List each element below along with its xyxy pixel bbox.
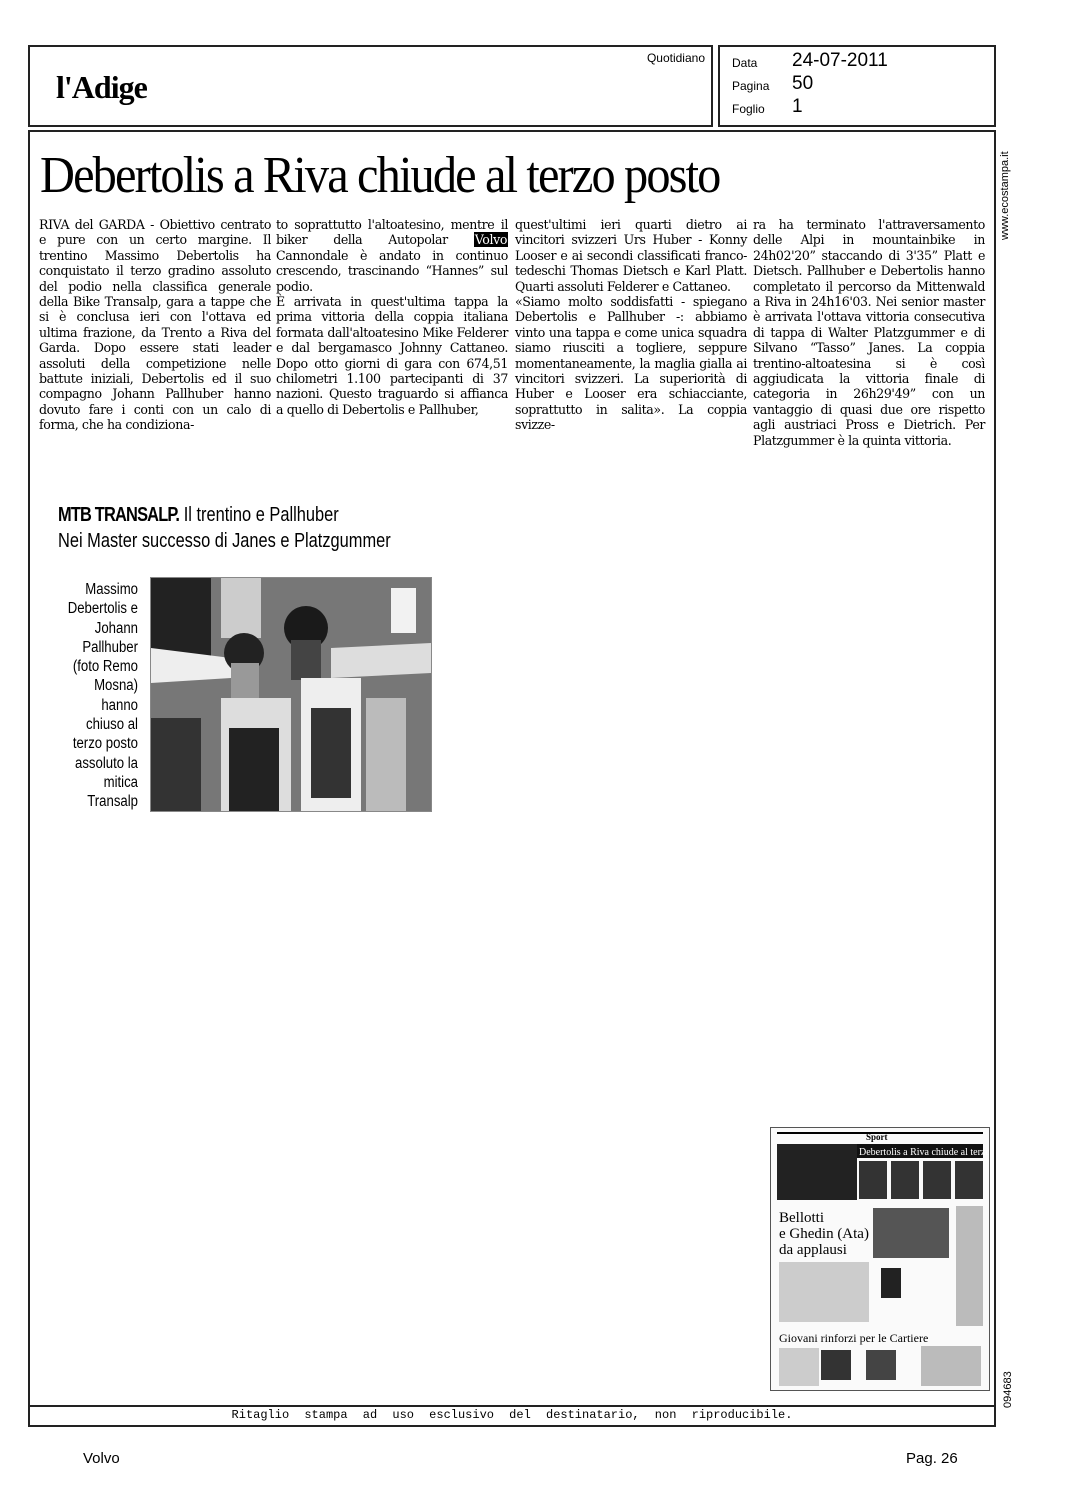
article-column-2: to soprattutto l'altoatesino, mentre il … bbox=[276, 217, 508, 417]
subheadline-line-1: Il trentino e Pallhuber bbox=[184, 504, 339, 526]
clipping-code: 094683 bbox=[1002, 1371, 1014, 1408]
column-3-paragraph-2: «Siamo molto soddisfatti - spiegano Debe… bbox=[515, 294, 747, 432]
metadata-box: Data 24-07-2011 Pagina 50 Foglio 1 bbox=[718, 45, 996, 127]
date-value: 24-07-2011 bbox=[792, 50, 888, 72]
column-2-text-b: Cannondale è andato in continuo crescend… bbox=[276, 248, 508, 294]
photo-illustration bbox=[151, 578, 431, 811]
disclaimer-strip: Ritaglio stampa ad uso esclusivo del des… bbox=[28, 1407, 996, 1427]
page-value: 50 bbox=[792, 73, 813, 95]
svg-text:da applausi: da applausi bbox=[779, 1242, 847, 1258]
sheet-label: Foglio bbox=[732, 102, 765, 116]
sheet-value: 1 bbox=[792, 96, 803, 118]
article-title: Debertolis a Riva chiude al terzo posto bbox=[40, 146, 719, 205]
svg-text:Bellotti: Bellotti bbox=[779, 1210, 824, 1226]
svg-text:e Ghedin (Ata): e Ghedin (Ata) bbox=[779, 1226, 869, 1242]
publication-type: Quotidiano bbox=[647, 51, 705, 65]
brand-highlight: Volvo bbox=[474, 232, 508, 247]
newspaper-logo: l'Adige bbox=[56, 69, 147, 106]
page-thumbnail: Sport Debertolis a Riva chiude al terzo … bbox=[770, 1127, 990, 1391]
thumbnail-layout: Sport Debertolis a Riva chiude al terzo … bbox=[771, 1128, 989, 1390]
thumb-headline-top: Debertolis a Riva chiude al terzo posto bbox=[859, 1147, 989, 1158]
thumb-headline-bottom: Giovani rinforzi per le Cartiere bbox=[779, 1331, 928, 1345]
subheadline-line-2: Nei Master successo di Janes e Platzgumm… bbox=[58, 530, 391, 552]
date-label: Data bbox=[732, 56, 757, 70]
thumb-section: Sport bbox=[866, 1132, 888, 1142]
photo-caption: Massimo Debertolis e Johann Pallhuber (f… bbox=[62, 580, 139, 812]
page-number: Pag. 26 bbox=[906, 1450, 958, 1467]
article-column-3: quest'ultimi ieri quarti dietro ai vinci… bbox=[515, 217, 747, 433]
column-2-paragraph-2: È arrivata in quest'ultima tappa la prim… bbox=[276, 294, 508, 417]
subheadline-kicker: MTB TRANSALP. bbox=[58, 504, 179, 526]
page-label: Pagina bbox=[732, 79, 769, 93]
masthead-box: l'Adige Quotidiano bbox=[28, 45, 713, 127]
cyclists-photo bbox=[150, 577, 432, 812]
article-column-4: ra ha terminato l'attraversamento delle … bbox=[753, 217, 985, 448]
column-3-paragraph-1: quest'ultimi ieri quarti dietro ai vinci… bbox=[515, 217, 747, 294]
source-url: www.ecostampa.it bbox=[999, 151, 1011, 240]
article-frame: Debertolis a Riva chiude al terzo posto … bbox=[28, 130, 996, 1407]
article-column-1: RIVA del GARDA - Obiettivo centrato e pu… bbox=[39, 217, 271, 433]
client-name: Volvo bbox=[83, 1450, 120, 1467]
subheadline: MTB TRANSALP. Il trentino e Pallhuber Ne… bbox=[58, 502, 391, 554]
